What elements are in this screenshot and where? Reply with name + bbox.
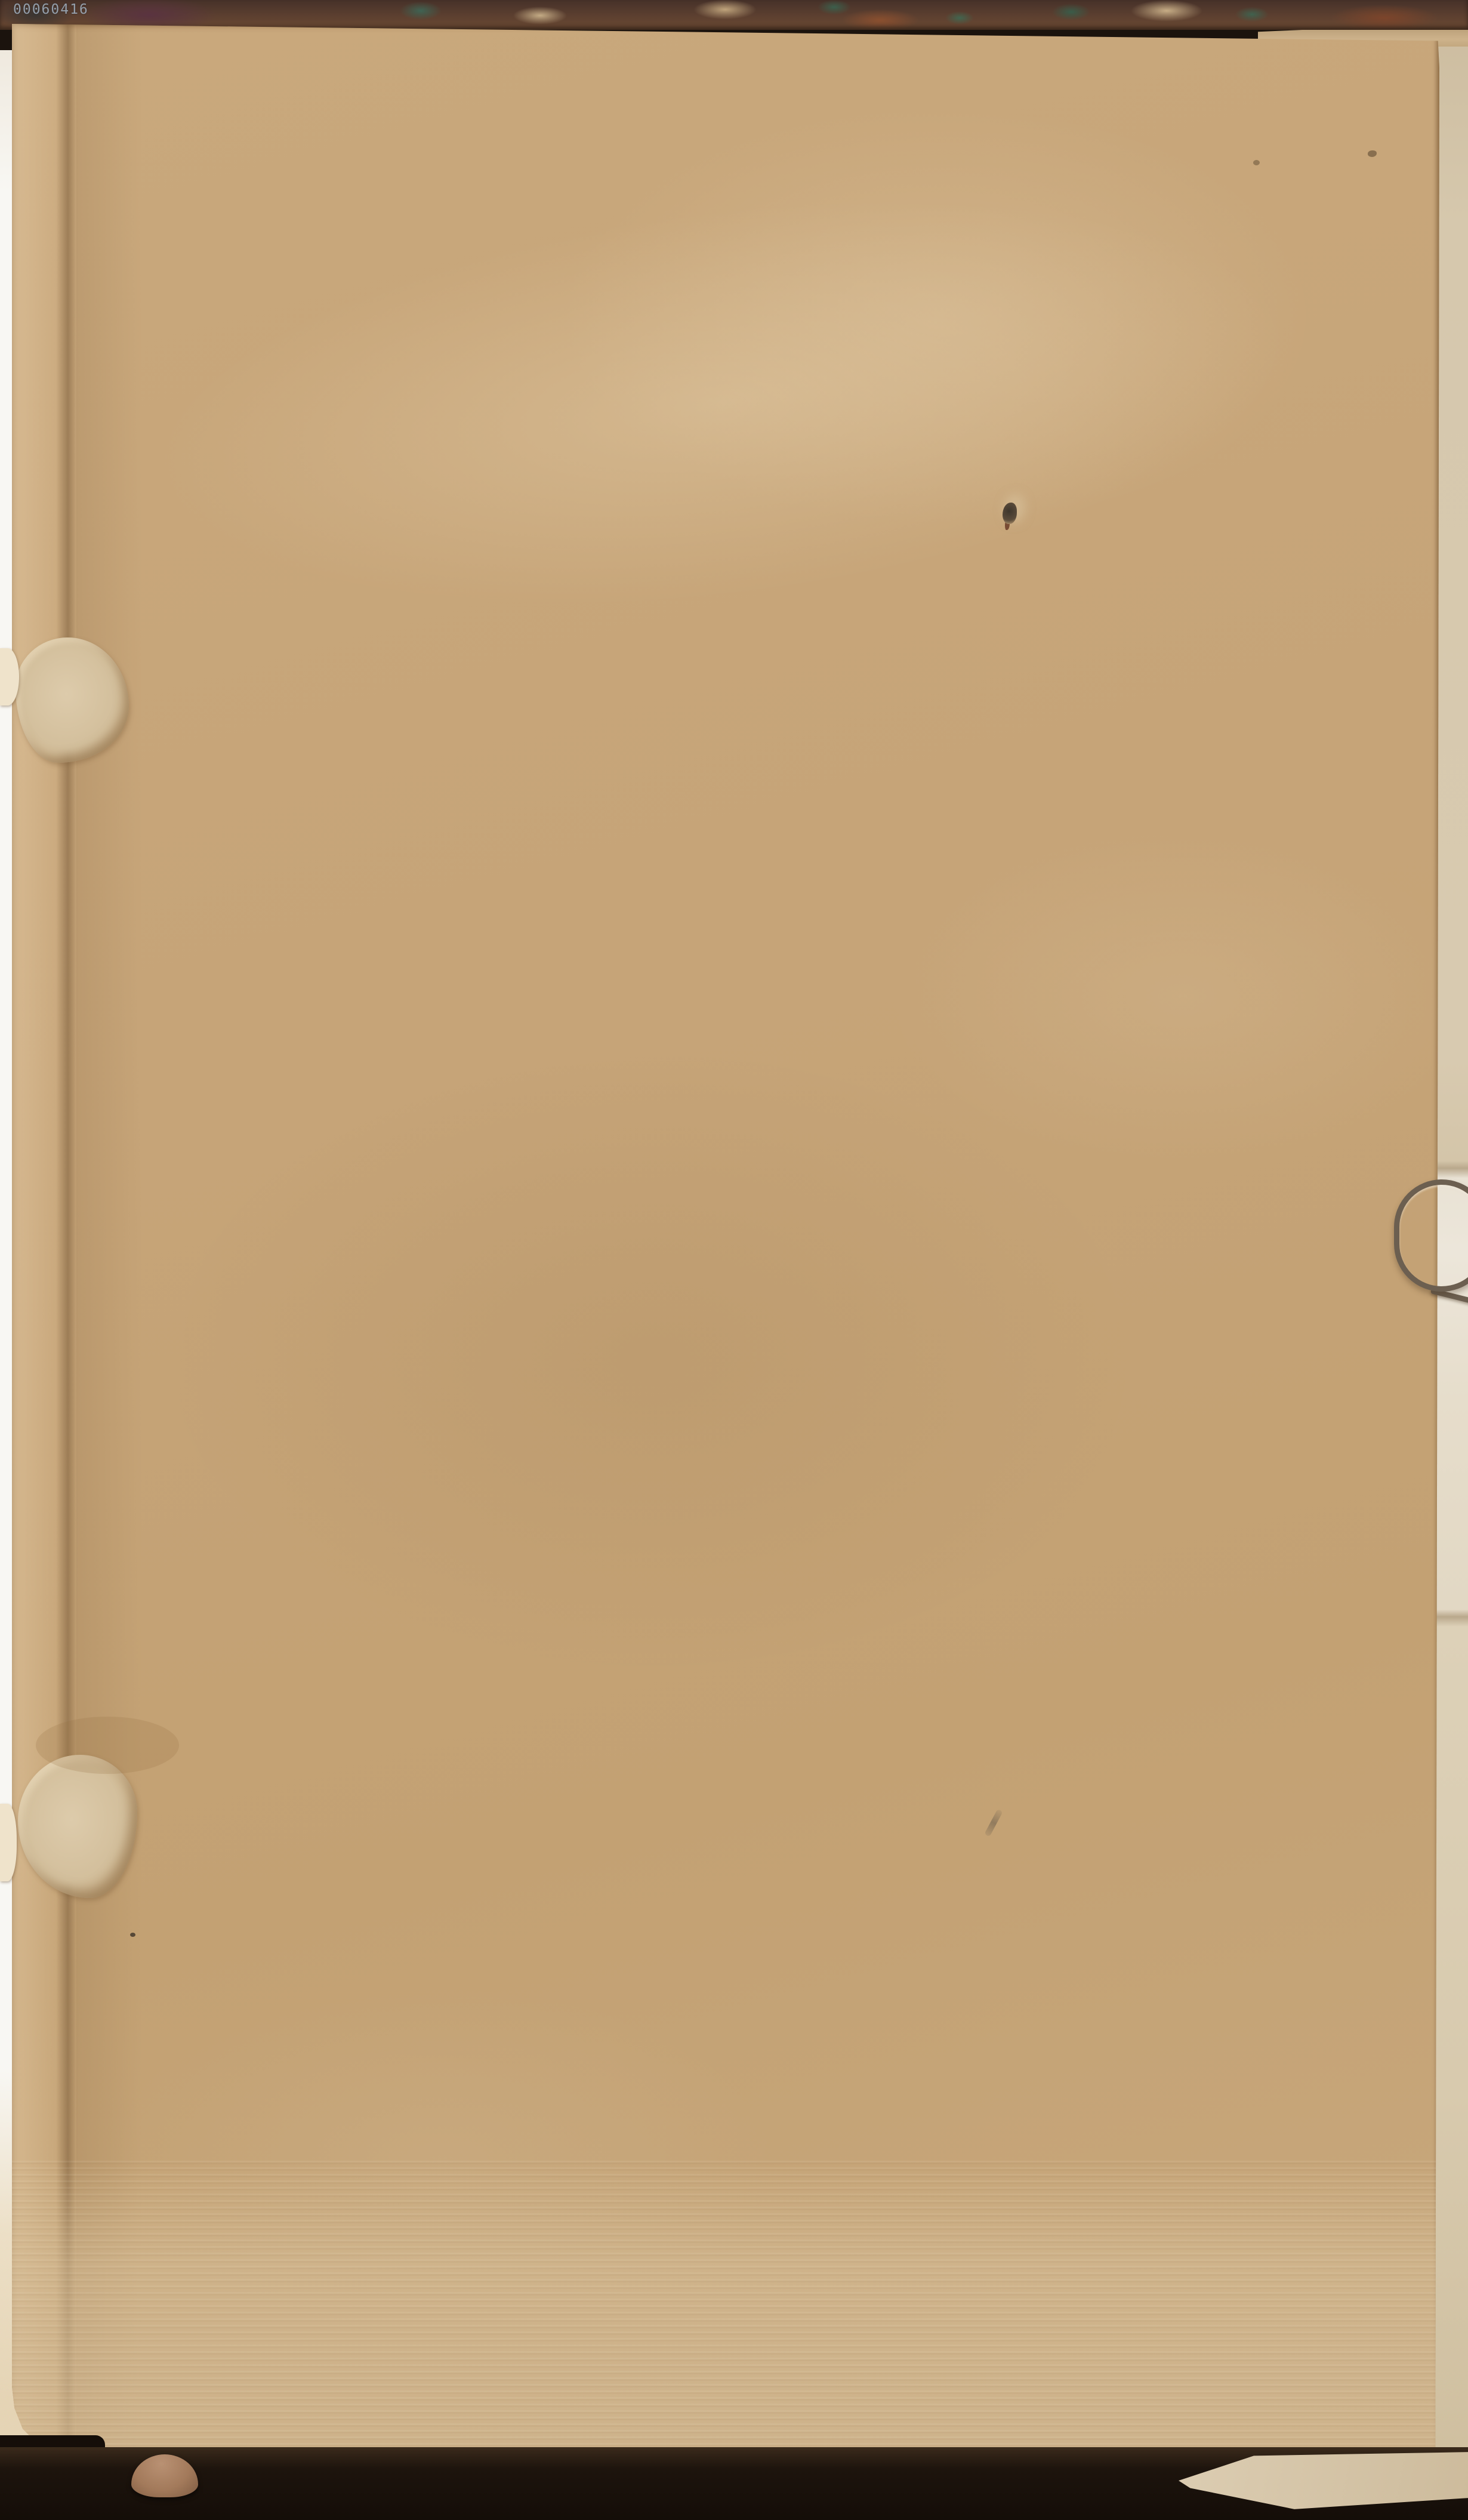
gutter-smudge [36, 1717, 179, 1774]
paper-sheen [7, 38, 1438, 768]
marbled-cover-edge [0, 0, 1468, 30]
blank-page [12, 24, 1439, 2454]
paper-rough-texture [12, 2161, 1439, 2454]
scan-id-overlay: 00060416 [13, 2, 89, 17]
small-speck [1253, 160, 1260, 165]
scratch-mark [984, 1809, 1003, 1837]
small-speck [130, 1933, 135, 1937]
scanner-backing-strip [0, 50, 13, 2399]
torn-paper-tab-lower [0, 1804, 17, 1881]
paper-clip-loop [1394, 1179, 1468, 1292]
book-scan-image: 00060416 [0, 0, 1468, 2520]
